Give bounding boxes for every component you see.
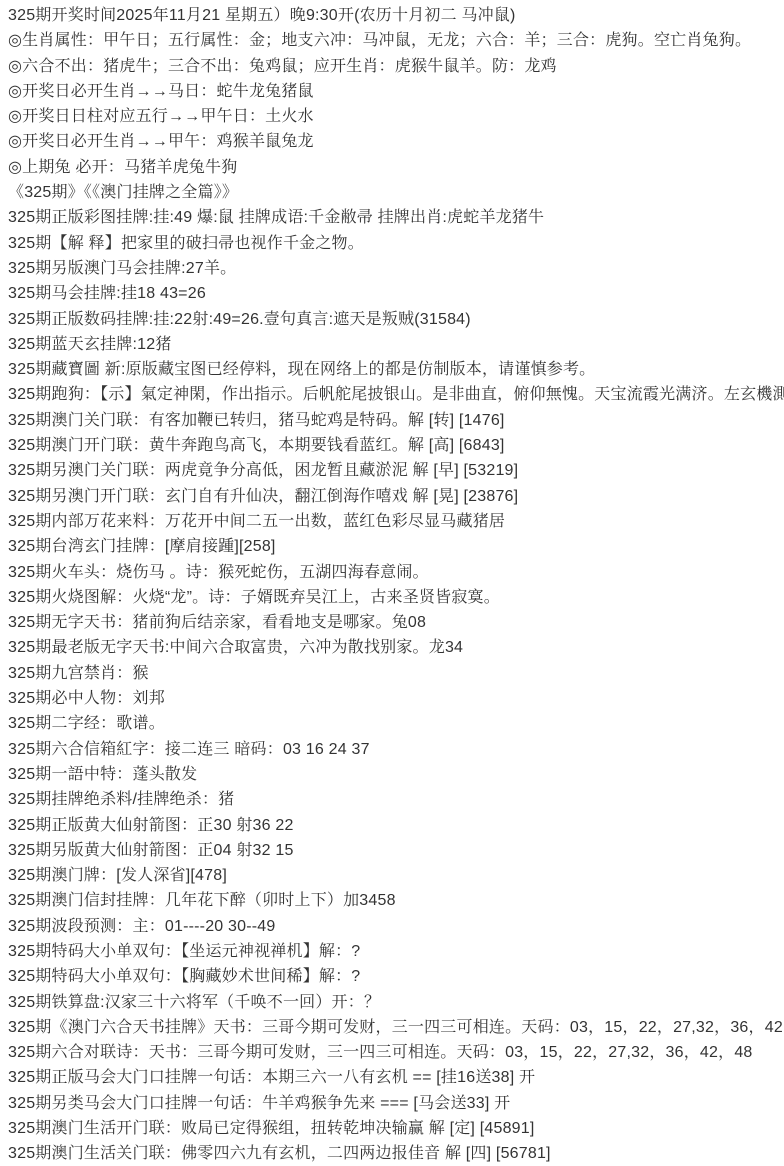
text-line: 325期澳门关门联：有客加鞭已转归，猪马蛇鸡是特码。解 [转] [1476]	[8, 408, 784, 433]
text-line: 325期内部万花来料：万花开中间二五一出数，蓝红色彩尽显马藏猪居	[8, 509, 784, 534]
text-line: 325期铁算盘:汉家三十六将军（千唤不一回）开：？	[8, 990, 784, 1015]
text-line: 325期正版马会大门口挂牌一句话：本期三六一八有玄机 == [挂16送38] 开	[8, 1065, 784, 1090]
text-line: 325期火烧图解：火烧“龙”。诗：子婿既弃吴江上，古来圣贤皆寂寞。	[8, 585, 784, 610]
text-line: 325期《澳门六合天书挂牌》天书：三哥今期可发财，三一四三可相连。天码：03，1…	[8, 1015, 784, 1040]
text-line: 325期挂牌绝杀料/挂牌绝杀：猪	[8, 787, 784, 812]
text-line: 325期另澳门关门联：两虎竟争分高低，困龙暂且藏淤泥 解 [早] [53219]	[8, 458, 784, 483]
text-line: 325期波段预测：主：01----20 30--49	[8, 914, 784, 939]
text-line: 325期澳门生活关门联：佛零四六九有玄机，二四两边报佳音 解 [四] [5678…	[8, 1141, 784, 1166]
text-line: 《325期》《《澳门挂牌之全篇》》	[8, 180, 784, 205]
lottery-info-page: 325期开奖时间2025年11月21 星期五）晚9:30开(农历十月初二 马冲鼠…	[0, 0, 784, 1166]
text-line: 325期六合信箱紅字：接二连三 暗码：03 16 24 37	[8, 737, 784, 762]
text-line: 325期另澳门开门联：玄门自有升仙决，翻江倒海作嘻戏 解 [晃] [23876]	[8, 484, 784, 509]
text-line: 325期六合对联诗：天书：三哥今期可发财，三一四三可相连。天码：03，15，22…	[8, 1040, 784, 1065]
text-line: ◎六合不出：猪虎牛；三合不出：兔鸡鼠；应开生肖：虎猴牛鼠羊。防：龙鸡	[8, 54, 784, 79]
text-line: 325期九宫禁肖：猴	[8, 661, 784, 686]
text-line: 325期开奖时间2025年11月21 星期五）晚9:30开(农历十月初二 马冲鼠…	[8, 3, 784, 28]
text-line: 325期最老版无字天书:中间六合取富贵，六冲为散找别家。龙34	[8, 635, 784, 660]
text-line: ◎开奖日日柱对应五行→→甲午日：土火水	[8, 104, 784, 129]
text-line: 325期澳门开门联：黄牛奔跑鸟高飞，本期要钱看蓝红。解 [高] [6843]	[8, 433, 784, 458]
text-line: 325期必中人物：刘邦	[8, 686, 784, 711]
text-line: 325期正版黄大仙射箭图：正30 射36 22	[8, 813, 784, 838]
text-line: 325期另类马会大门口挂牌一句话：牛羊鸡猴争先来 === [马会送33] 开	[8, 1091, 784, 1116]
text-line: 325期火车头：烧伤马 。诗：猴死蛇伤，五湖四海春意闹。	[8, 560, 784, 585]
text-line: 325期特码大小单双句：【坐运元神视禅机】解：?	[8, 939, 784, 964]
text-line: 325期特码大小单双句：【胸藏妙术世间稀】解：?	[8, 964, 784, 989]
text-line: 325期无字天书：猪前狗后结亲家，看看地支是哪家。兔08	[8, 610, 784, 635]
text-line: ◎上期兔 必开：马猪羊虎兔牛狗	[8, 155, 784, 180]
text-line: 325期二字经：歌谱。	[8, 711, 784, 736]
text-line: 325期澳门生活开门联：败局已定得猴组，扭转乾坤决输赢 解 [定] [45891…	[8, 1116, 784, 1141]
text-line: 325期澳门信封挂牌：几年花下醉（卯时上下）加3458	[8, 888, 784, 913]
text-line: 325期马会挂牌:挂18 43=26	[8, 281, 784, 306]
text-line: 325期一語中特：蓬头散发	[8, 762, 784, 787]
text-line: 325期正版数码挂牌:挂:22射:49=26.壹句真言:遮天是叛贼(31584)	[8, 307, 784, 332]
text-line: 325期跑狗：【示】氣定神閑，作出指示。后帆舵尾披银山。是非曲直，俯仰無愧。天宝…	[8, 382, 784, 407]
text-line: 325期台湾玄门挂牌：[摩肩接踵][258]	[8, 534, 784, 559]
text-line: ◎生肖属性：甲午日；五行属性：金；地支六冲：马冲鼠，无龙；六合：羊；三合：虎狗。…	[8, 28, 784, 53]
text-line: 325期藏寶圖 新:原版藏宝图已经停料，现在网络上的都是仿制版本，请谨慎参考。	[8, 357, 784, 382]
text-line: 325期蓝天玄挂牌:12猪	[8, 332, 784, 357]
text-line: 325期另版黄大仙射箭图：正04 射32 15	[8, 838, 784, 863]
text-line: 325期正版彩图挂牌:挂:49 爆:鼠 挂牌成语:千金敝帚 挂牌出肖:虎蛇羊龙猪…	[8, 205, 784, 230]
text-line: 325期另版澳门马会挂牌:27羊。	[8, 256, 784, 281]
text-line: 325期【解 释】把家里的破扫帚也视作千金之物。	[8, 231, 784, 256]
text-line: 325期澳门牌：[发人深省][478]	[8, 863, 784, 888]
text-line: ◎开奖日必开生肖→→马日：蛇牛龙兔猪鼠	[8, 79, 784, 104]
text-line: ◎开奖日必开生肖→→甲午：鸡猴羊鼠兔龙	[8, 129, 784, 154]
